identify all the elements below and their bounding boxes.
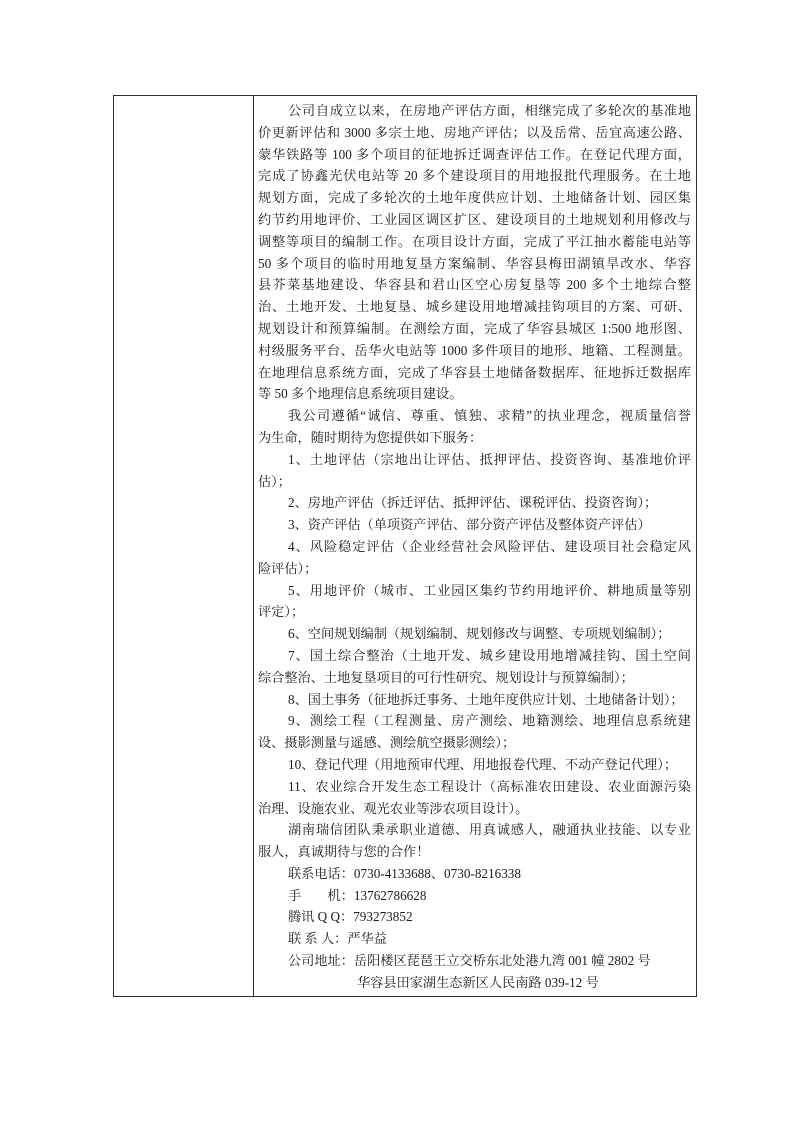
text-line: 湖南瑞信团队秉承职业道德、用真诚感人，融通执业技能、以专业 — [258, 819, 691, 841]
profile-table: 公司自成立以来，在房地产评估方面，相继完成了多轮次的基准地价更新评估和 3000… — [113, 95, 697, 997]
text-line: 2、房地产评估（拆迁评估、抵押评估、课税评估、投资咨询）； — [258, 492, 691, 514]
text-line: 华容县田家湖生态新区人民南路 039-12 号 — [258, 972, 691, 994]
text-line: 10、登记代理（用地预审代理、用地报卷代理、不动产登记代理）； — [258, 754, 691, 776]
text-line: 综合整治、土地复垦项目的可行性研究、规划设计与预算编制）； — [258, 667, 691, 689]
text-line: 设、摄影测量与遥感、测绘航空摄影测绘）； — [258, 732, 691, 754]
text-line: 联系电话：0730-4133688、0730-8216338 — [258, 863, 691, 885]
text-line: 8、国土事务（征地拆迁事务、土地年度供应计划、土地储备计划）； — [258, 689, 691, 711]
section-company-achievements: 公司自成立以来，在房地产评估方面，相继完成了多轮次的基准地价更新评估和 3000… — [258, 100, 691, 405]
text-line: 完成了协鑫光伏电站等 20 多个建设项目的用地报批代理服务。在土地 — [258, 165, 691, 187]
text-line: 服人，真诚期待与您的合作！ — [258, 841, 691, 863]
text-line: 公司地址：岳阳楼区琵琶王立交桥东北处港九湾 001 幢 2802 号 — [258, 950, 691, 972]
text-line: 价更新评估和 3000 多宗土地、房地产评估；以及岳常、岳宜高速公路、 — [258, 122, 691, 144]
text-line: 村级服务平台、岳华火电站等 1000 多件项目的地形、地籍、工程测量。 — [258, 340, 691, 362]
text-line: 规划设计和预算编制。在测绘方面，完成了华容县城区 1:500 地形图、 — [258, 318, 691, 340]
section-contact-info: 联系电话：0730-4133688、0730-8216338手 机：137627… — [258, 863, 691, 994]
text-line: 在地理信息系统方面，完成了华容县土地储备数据库、征地拆迁数据库 — [258, 362, 691, 384]
text-line: 7、国土综合整治（土地开发、城乡建设用地增减挂钩、国土空间 — [258, 645, 691, 667]
text-line: 等 50 多个地理信息系统项目建设。 — [258, 383, 691, 405]
text-line: 调整等项目的编制工作。在项目设计方面，完成了平江抽水蓄能电站等 — [258, 231, 691, 253]
section-closing-statement: 湖南瑞信团队秉承职业道德、用真诚感人，融通执业技能、以专业服人，真诚期待与您的合… — [258, 819, 691, 863]
text-line: 为生命，随时期待为您提供如下服务： — [258, 427, 691, 449]
text-line: 约节约用地评价、工业园区调区扩区、建设项目的土地规划利用修改与 — [258, 209, 691, 231]
text-line: 11、农业综合开发生态工程设计（高标准农田建设、农业面源污染 — [258, 776, 691, 798]
text-line: 治理、设施农业、观光农业等涉农项目设计）。 — [258, 798, 691, 820]
section-service-list: 1、土地评估（宗地出让评估、抵押评估、投资咨询、基准地价评估）；2、房地产评估（… — [258, 449, 691, 820]
text-line: 联 系 人：严华益 — [258, 928, 691, 950]
text-line: 估）； — [258, 471, 691, 493]
text-line: 治、土地开发、土地复垦、城乡建设用地增减挂钩项目的方案、可研、 — [258, 296, 691, 318]
text-line: 9、测绘工程（工程测量、房产测绘、地籍测绘、地理信息系统建 — [258, 710, 691, 732]
text-line: 3、资产评估（单项资产评估、部分资产评估及整体资产评估） — [258, 514, 691, 536]
text-line: 4、风险稳定评估（企业经营社会风险评估、建设项目社会稳定风 — [258, 536, 691, 558]
section-service-philosophy: 我公司遵循“诚信、尊重、慎独、求精”的执业理念，视质量信誉为生命，随时期待为您提… — [258, 405, 691, 449]
text-line: 手 机：13762786628 — [258, 885, 691, 907]
text-line: 公司自成立以来，在房地产评估方面，相继完成了多轮次的基准地 — [258, 100, 691, 122]
right-cell: 公司自成立以来，在房地产评估方面，相继完成了多轮次的基准地价更新评估和 3000… — [254, 96, 696, 996]
text-line: 腾讯 Q Q：793273852 — [258, 906, 691, 928]
text-line: 5、用地评价（城市、工业园区集约节约用地评价、耕地质量等别 — [258, 580, 691, 602]
text-line: 蒙华铁路等 100 多个项目的征地拆迁调查评估工作。在登记代理方面， — [258, 144, 691, 166]
text-line: 评定）； — [258, 601, 691, 623]
document-page: 公司自成立以来，在房地产评估方面，相继完成了多轮次的基准地价更新评估和 3000… — [0, 0, 793, 1122]
left-cell — [114, 96, 254, 996]
text-line: 1、土地评估（宗地出让评估、抵押评估、投资咨询、基准地价评 — [258, 449, 691, 471]
text-line: 6、空间规划编制（规划编制、规划修改与调整、专项规划编制）； — [258, 623, 691, 645]
text-line: 规划方面，完成了多轮次的土地年度供应计划、土地储备计划、园区集 — [258, 187, 691, 209]
text-line: 50 多个项目的临时用地复垦方案编制、华容县梅田湖镇旱改水、华容 — [258, 253, 691, 275]
text-line: 我公司遵循“诚信、尊重、慎独、求精”的执业理念，视质量信誉 — [258, 405, 691, 427]
text-line: 县芥菜基地建设、华容县和君山区空心房复垦等 200 多个土地综合整 — [258, 274, 691, 296]
text-line: 险评估）； — [258, 558, 691, 580]
